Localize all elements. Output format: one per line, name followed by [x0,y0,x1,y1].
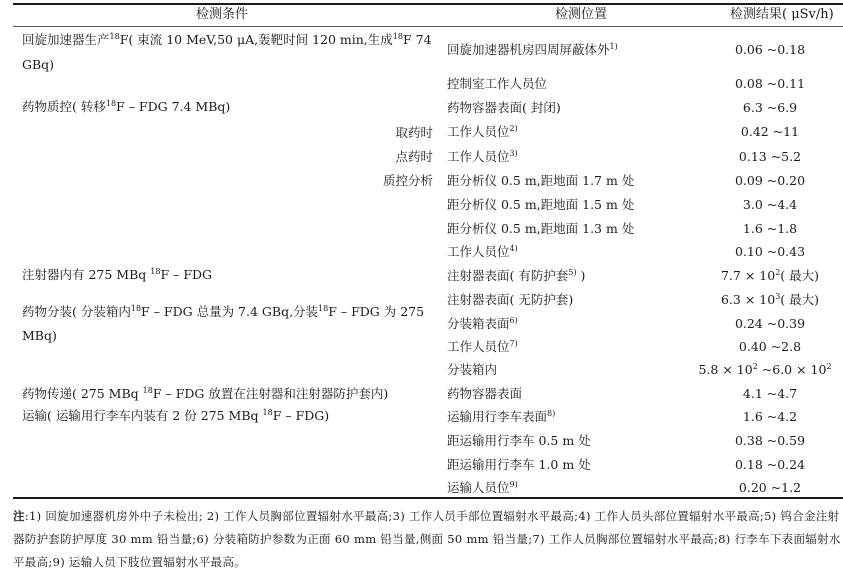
table-row-result: 0.09 ~0.20 [700,173,840,189]
condition-transport: 运输( 运输用行李车内装有 2 份 275 MBq 18F – FDG) [22,408,329,424]
table-row-location: 工作人员位2) [447,124,518,140]
condition-dispensing: 药物分装( 分装箱内18F – FDG 总量为 7.4 GBq,分装18F – … [22,304,424,320]
condition-syringe: 注射器内有 275 MBq 18F – FDG [22,267,212,283]
table-row-result: 6.3 ~6.9 [700,100,840,116]
condition-cyclotron: 回旋加速器生产18F( 束流 10 MeV,50 μA,轰靶时间 120 min… [22,32,432,48]
table-row-location: 运输人员位9) [447,480,518,496]
table-header-rule [13,26,843,27]
table-row-location: 药物容器表面( 封闭) [447,100,561,116]
table-row-result: 0.18 ~0.24 [700,457,840,473]
table-row-location: 距分析仪 0.5 m,距地面 1.3 m 处 [447,221,634,237]
sub-condition-fetch: 取药时 [395,125,433,141]
table-bottom-rule [13,497,843,499]
notes-label: 注 [13,509,25,523]
table-row-result: 0.38 ~0.59 [700,433,840,449]
table-footnotes: 注:1) 回旋加速器机房外中子未检出; 2) 工作人员胸部位置辐射水平最高;3)… [13,505,841,574]
header-location: 检测位置 [555,7,607,23]
table-row-location: 距运输用行李车 1.0 m 处 [447,457,591,473]
table-row-location: 控制室工作人员位 [447,76,547,92]
table-row-result: 0.24 ~0.39 [700,316,840,332]
table-row-result: 0.10 ~0.43 [700,244,840,260]
table-row-location: 药物容器表面 [447,386,522,402]
table-row-location: 工作人员位7) [447,339,518,355]
table-row-location: 运输用行李车表面8) [447,409,555,425]
table-row-result: 7.7 × 102( 最大) [700,268,840,284]
header-result: 检测结果( μSv/h) [730,7,834,23]
table-row-result: 0.20 ~1.2 [700,480,840,496]
table-row-result: 0.40 ~2.8 [700,339,840,355]
table-row-location: 分装箱表面6) [447,316,518,332]
sub-condition-qc-analysis: 质控分析 [383,173,433,189]
table-row-location: 距分析仪 0.5 m,距地面 1.7 m 处 [447,173,634,189]
table-row-result: 0.42 ~11 [700,124,840,140]
condition-dispensing-line2: MBq) [22,328,57,344]
header-condition: 检测条件 [196,7,248,23]
condition-delivery: 药物传递( 275 MBq 18F – FDG 放置在注射器和注射器防护套内) [22,386,388,402]
table-row-result: 1.6 ~4.2 [700,409,840,425]
notes-text: :1) 回旋加速器机房外中子未检出; 2) 工作人员胸部位置辐射水平最高;3) … [13,509,841,569]
table-row-result: 5.8 × 102 ~6.0 × 102 [690,362,840,378]
table-row-result: 4.1 ~4.7 [700,386,840,402]
table-top-rule [13,3,843,5]
table-row-result: 0.06 ~0.18 [700,42,840,58]
table-row-result: 0.08 ~0.11 [700,76,840,92]
table-row-location: 分装箱内 [447,362,497,378]
condition-cyclotron-line2: GBq) [22,57,54,73]
table-row-result: 0.13 ~5.2 [700,149,840,165]
table-row-result: 1.6 ~1.8 [700,221,840,237]
table-row-location: 注射器表面( 有防护套5) ) [447,268,585,284]
condition-qc: 药物质控( 转移18F – FDG 7.4 MBq) [22,99,230,115]
table-row-location: 回旋加速器机房四周屏蔽体外1) [447,42,618,58]
sub-condition-dispense: 点药时 [395,149,433,165]
table-row-location: 工作人员位3) [447,149,518,165]
table-row-result: 6.3 × 103( 最大) [700,292,840,308]
table-row-location: 距运输用行李车 0.5 m 处 [447,433,591,449]
table-row-result: 3.0 ~4.4 [700,197,840,213]
table-row-location: 工作人员位4) [447,244,518,260]
table-row-location: 距分析仪 0.5 m,距地面 1.5 m 处 [447,197,634,213]
table-row-location: 注射器表面( 无防护套) [447,292,573,308]
